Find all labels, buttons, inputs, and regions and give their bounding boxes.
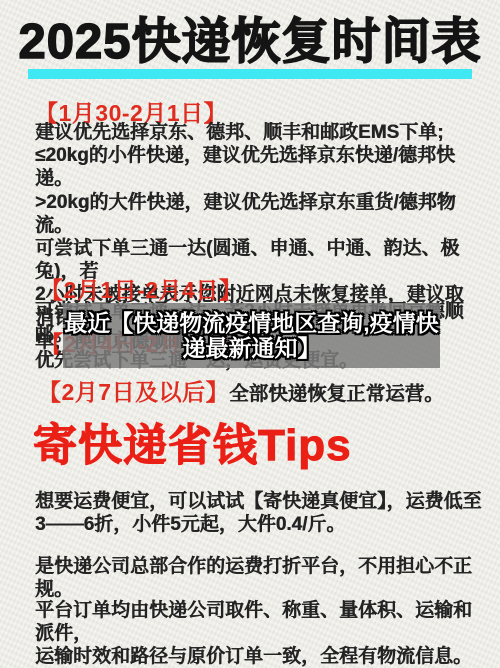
tips-paragraph-3: 平台订单均由快递公司取件、称重、量体积、运输和派件， 运输时效和路径与原价订单一… [35,599,482,668]
page-title: 2025快递恢复时间表 [0,14,500,70]
notice-overlay-text: 最近【快递物流疫情地区查询,疫情快 递最新通知】 [64,311,438,361]
section-4-date-header: 【2月7日及以后】 [38,379,229,405]
section-4-row: 【2月7日及以后】全部快递恢复正常运营。 [38,374,490,407]
section-4-body: 全部快递恢复正常运营。 [229,383,444,405]
notice-overlay-box: 最近【快递物流疫情地区查询,疫情快 递最新通知】 [63,303,440,368]
tips-heading: 寄快递省钱Tips [33,422,352,470]
tips-paragraph-1: 想要运费便宜，可以试试【寄快递真便宜】，运费低至 3——6折，小件5元起，大件0… [35,490,482,536]
title-underline-bar [28,69,472,79]
tips-paragraph-2: 是快递公司总部合作的运费打折平台，不用担心不正规。 [35,555,482,601]
poster-page: 2025快递恢复时间表 【1月30-2月1日】 建议优先选择京东、德邦、顺丰和邮… [0,0,500,668]
